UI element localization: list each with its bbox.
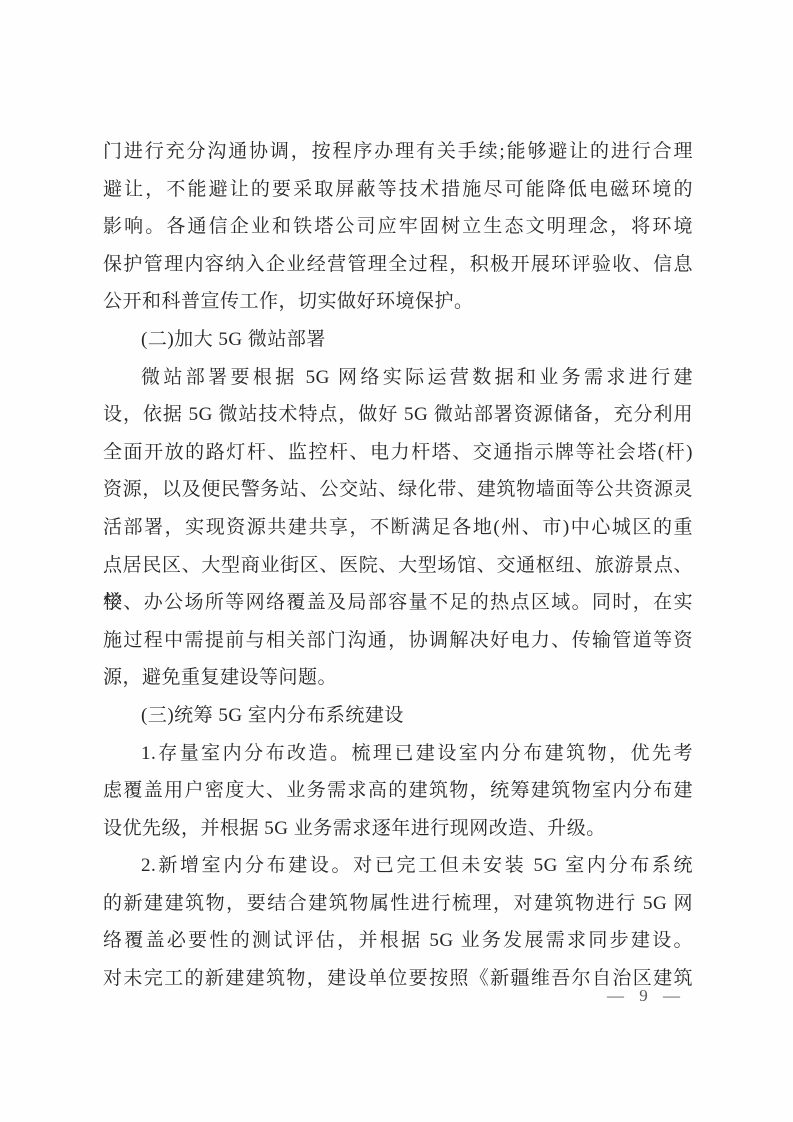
document-page: 门进行充分沟通协调，按程序办理有关手续;能够避让的进行合理 避让，不能避让的要采…	[0, 0, 793, 1122]
section-heading: (三)统筹 5G 室内分布系统建设	[103, 697, 693, 735]
body-line: 影响。各通信企业和铁塔公司应牢固树立生态文明理念，将环境	[103, 208, 693, 246]
body-line: 1.存量室内分布改造。梳理已建设室内分布建筑物，优先考	[103, 735, 693, 773]
body-line: 保护管理内容纳入企业经营管理全过程，积极开展环评验收、信息	[103, 246, 693, 284]
body-line: 2.新增室内分布建设。对已完工但未安装 5G 室内分布系统	[103, 847, 693, 885]
body-line: 校、办公场所等网络覆盖及局部容量不足的热点区域。同时，在实	[103, 584, 693, 622]
body-line: 全面开放的路灯杆、监控杆、电力杆塔、交通指示牌等社会塔(杆)	[103, 434, 693, 472]
body-line: 的新建建筑物，要结合建筑物属性进行梳理，对建筑物进行 5G 网	[103, 885, 693, 923]
body-line: 公开和科普宣传工作，切实做好环境保护。	[103, 283, 693, 321]
document-text-block: 门进行充分沟通协调，按程序办理有关手续;能够避让的进行合理 避让，不能避让的要采…	[103, 133, 693, 998]
body-line: 避让，不能避让的要采取屏蔽等技术措施尽可能降低电磁环境的	[103, 171, 693, 209]
body-line: 活部署，实现资源共建共享，不断满足各地(州、市)中心城区的重	[103, 509, 693, 547]
section-heading: (二)加大 5G 微站部署	[103, 321, 693, 359]
body-line: 门进行充分沟通协调，按程序办理有关手续;能够避让的进行合理	[103, 133, 693, 171]
body-line: 源，避免重复建设等问题。	[103, 659, 693, 697]
body-line: 设，依据 5G 微站技术特点，做好 5G 微站部署资源储备，充分利用	[103, 396, 693, 434]
body-line: 资源，以及便民警务站、公交站、绿化带、建筑物墙面等公共资源灵	[103, 471, 693, 509]
body-line: 点居民区、大型商业街区、医院、大型场馆、交通枢纽、旅游景点、学	[103, 547, 693, 585]
body-line: 微站部署要根据 5G 网络实际运营数据和业务需求进行建	[103, 359, 693, 397]
body-line: 对未完工的新建建筑物，建设单位要按照《新疆维吾尔自治区建筑	[103, 960, 693, 998]
body-line: 设优先级，并根据 5G 业务需求逐年进行现网改造、升级。	[103, 810, 693, 848]
page-number: — 9 —	[607, 986, 681, 1006]
body-line: 施过程中需提前与相关部门沟通，协调解决好电力、传输管道等资	[103, 622, 693, 660]
body-line: 虑覆盖用户密度大、业务需求高的建筑物，统筹建筑物室内分布建	[103, 772, 693, 810]
body-line: 络覆盖必要性的测试评估，并根据 5G 业务发展需求同步建设。	[103, 922, 693, 960]
